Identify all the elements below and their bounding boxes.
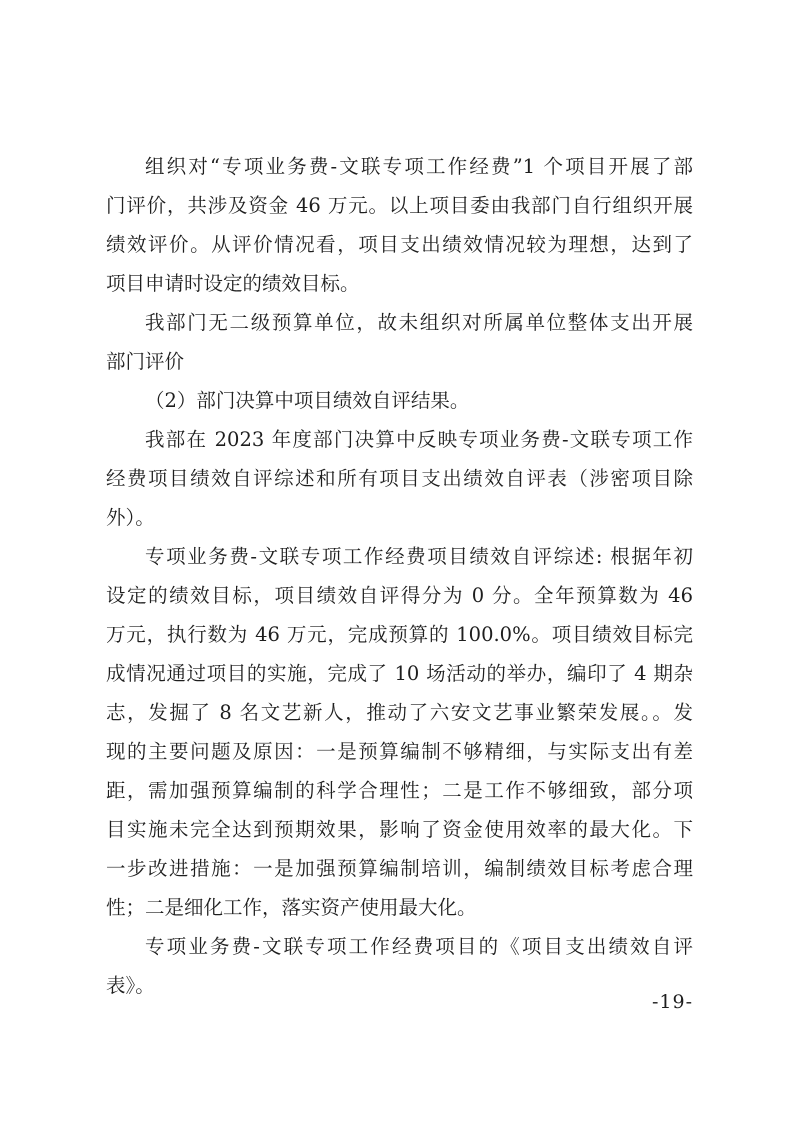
- text-line: 部门评价: [106, 342, 693, 381]
- text-line: 表》。: [106, 966, 693, 1005]
- text-line: 我部在 2023 年度部门决算中反映专项业务费-文联专项工作: [106, 420, 693, 459]
- text-line: （2）部门决算中项目绩效自评结果。: [106, 381, 693, 420]
- paragraph-3: （2）部门决算中项目绩效自评结果。: [106, 381, 693, 420]
- page-number: -19-: [652, 990, 693, 1014]
- text-line: 目实施未完全达到预期效果，影响了资金使用效率的最大化。下: [106, 810, 693, 849]
- text-line: 组织对“专项业务费-文联专项工作经费”1 个项目开展了部: [106, 147, 693, 186]
- text-line: 专项业务费-文联专项工作经费项目绩效自评综述: 根据年初: [106, 537, 693, 576]
- paragraph-5: 专项业务费-文联专项工作经费项目绩效自评综述: 根据年初 设定的绩效目标，项目绩…: [106, 537, 693, 927]
- paragraph-1: 组织对“专项业务费-文联专项工作经费”1 个项目开展了部 门评价，共涉及资金 4…: [106, 147, 693, 303]
- paragraph-4: 我部在 2023 年度部门决算中反映专项业务费-文联专项工作 经费项目绩效自评综…: [106, 420, 693, 537]
- text-line: 距，需加强预算编制的科学合理性；二是工作不够细致，部分项: [106, 771, 693, 810]
- text-line: 外）。: [106, 498, 693, 537]
- document-body: 组织对“专项业务费-文联专项工作经费”1 个项目开展了部 门评价，共涉及资金 4…: [106, 147, 693, 1005]
- text-line: 性；二是细化工作，落实资产使用最大化。: [106, 888, 693, 927]
- text-line: 我部门无二级预算单位，故未组织对所属单位整体支出开展: [106, 303, 693, 342]
- text-line: 一步改进措施：一是加强预算编制培训，编制绩效目标考虑合理: [106, 849, 693, 888]
- text-line: 成情况通过项目的实施，完成了 10 场活动的举办，编印了 4 期杂: [106, 654, 693, 693]
- text-line: 万元，执行数为 46 万元，完成预算的 100.0%。项目绩效目标完: [106, 615, 693, 654]
- text-line: 专项业务费-文联专项工作经费项目的《项目支出绩效自评: [106, 927, 693, 966]
- text-line: 现的主要问题及原因：一是预算编制不够精细，与实际支出有差: [106, 732, 693, 771]
- document-page: 组织对“专项业务费-文联专项工作经费”1 个项目开展了部 门评价，共涉及资金 4…: [0, 0, 793, 1122]
- paragraph-2: 我部门无二级预算单位，故未组织对所属单位整体支出开展 部门评价: [106, 303, 693, 381]
- text-line: 经费项目绩效自评综述和所有项目支出绩效自评表（涉密项目除: [106, 459, 693, 498]
- text-line: 门评价，共涉及资金 46 万元。以上项目委由我部门自行组织开展: [106, 186, 693, 225]
- text-line: 项目申请时设定的绩效目标。: [106, 264, 693, 303]
- paragraph-6: 专项业务费-文联专项工作经费项目的《项目支出绩效自评 表》。: [106, 927, 693, 1005]
- text-line: 志，发掘了 8 名文艺新人，推动了六安文艺事业繁荣发展。。发: [106, 693, 693, 732]
- text-line: 绩效评价。从评价情况看，项目支出绩效情况较为理想，达到了: [106, 225, 693, 264]
- text-line: 设定的绩效目标，项目绩效自评得分为 0 分。全年预算数为 46: [106, 576, 693, 615]
